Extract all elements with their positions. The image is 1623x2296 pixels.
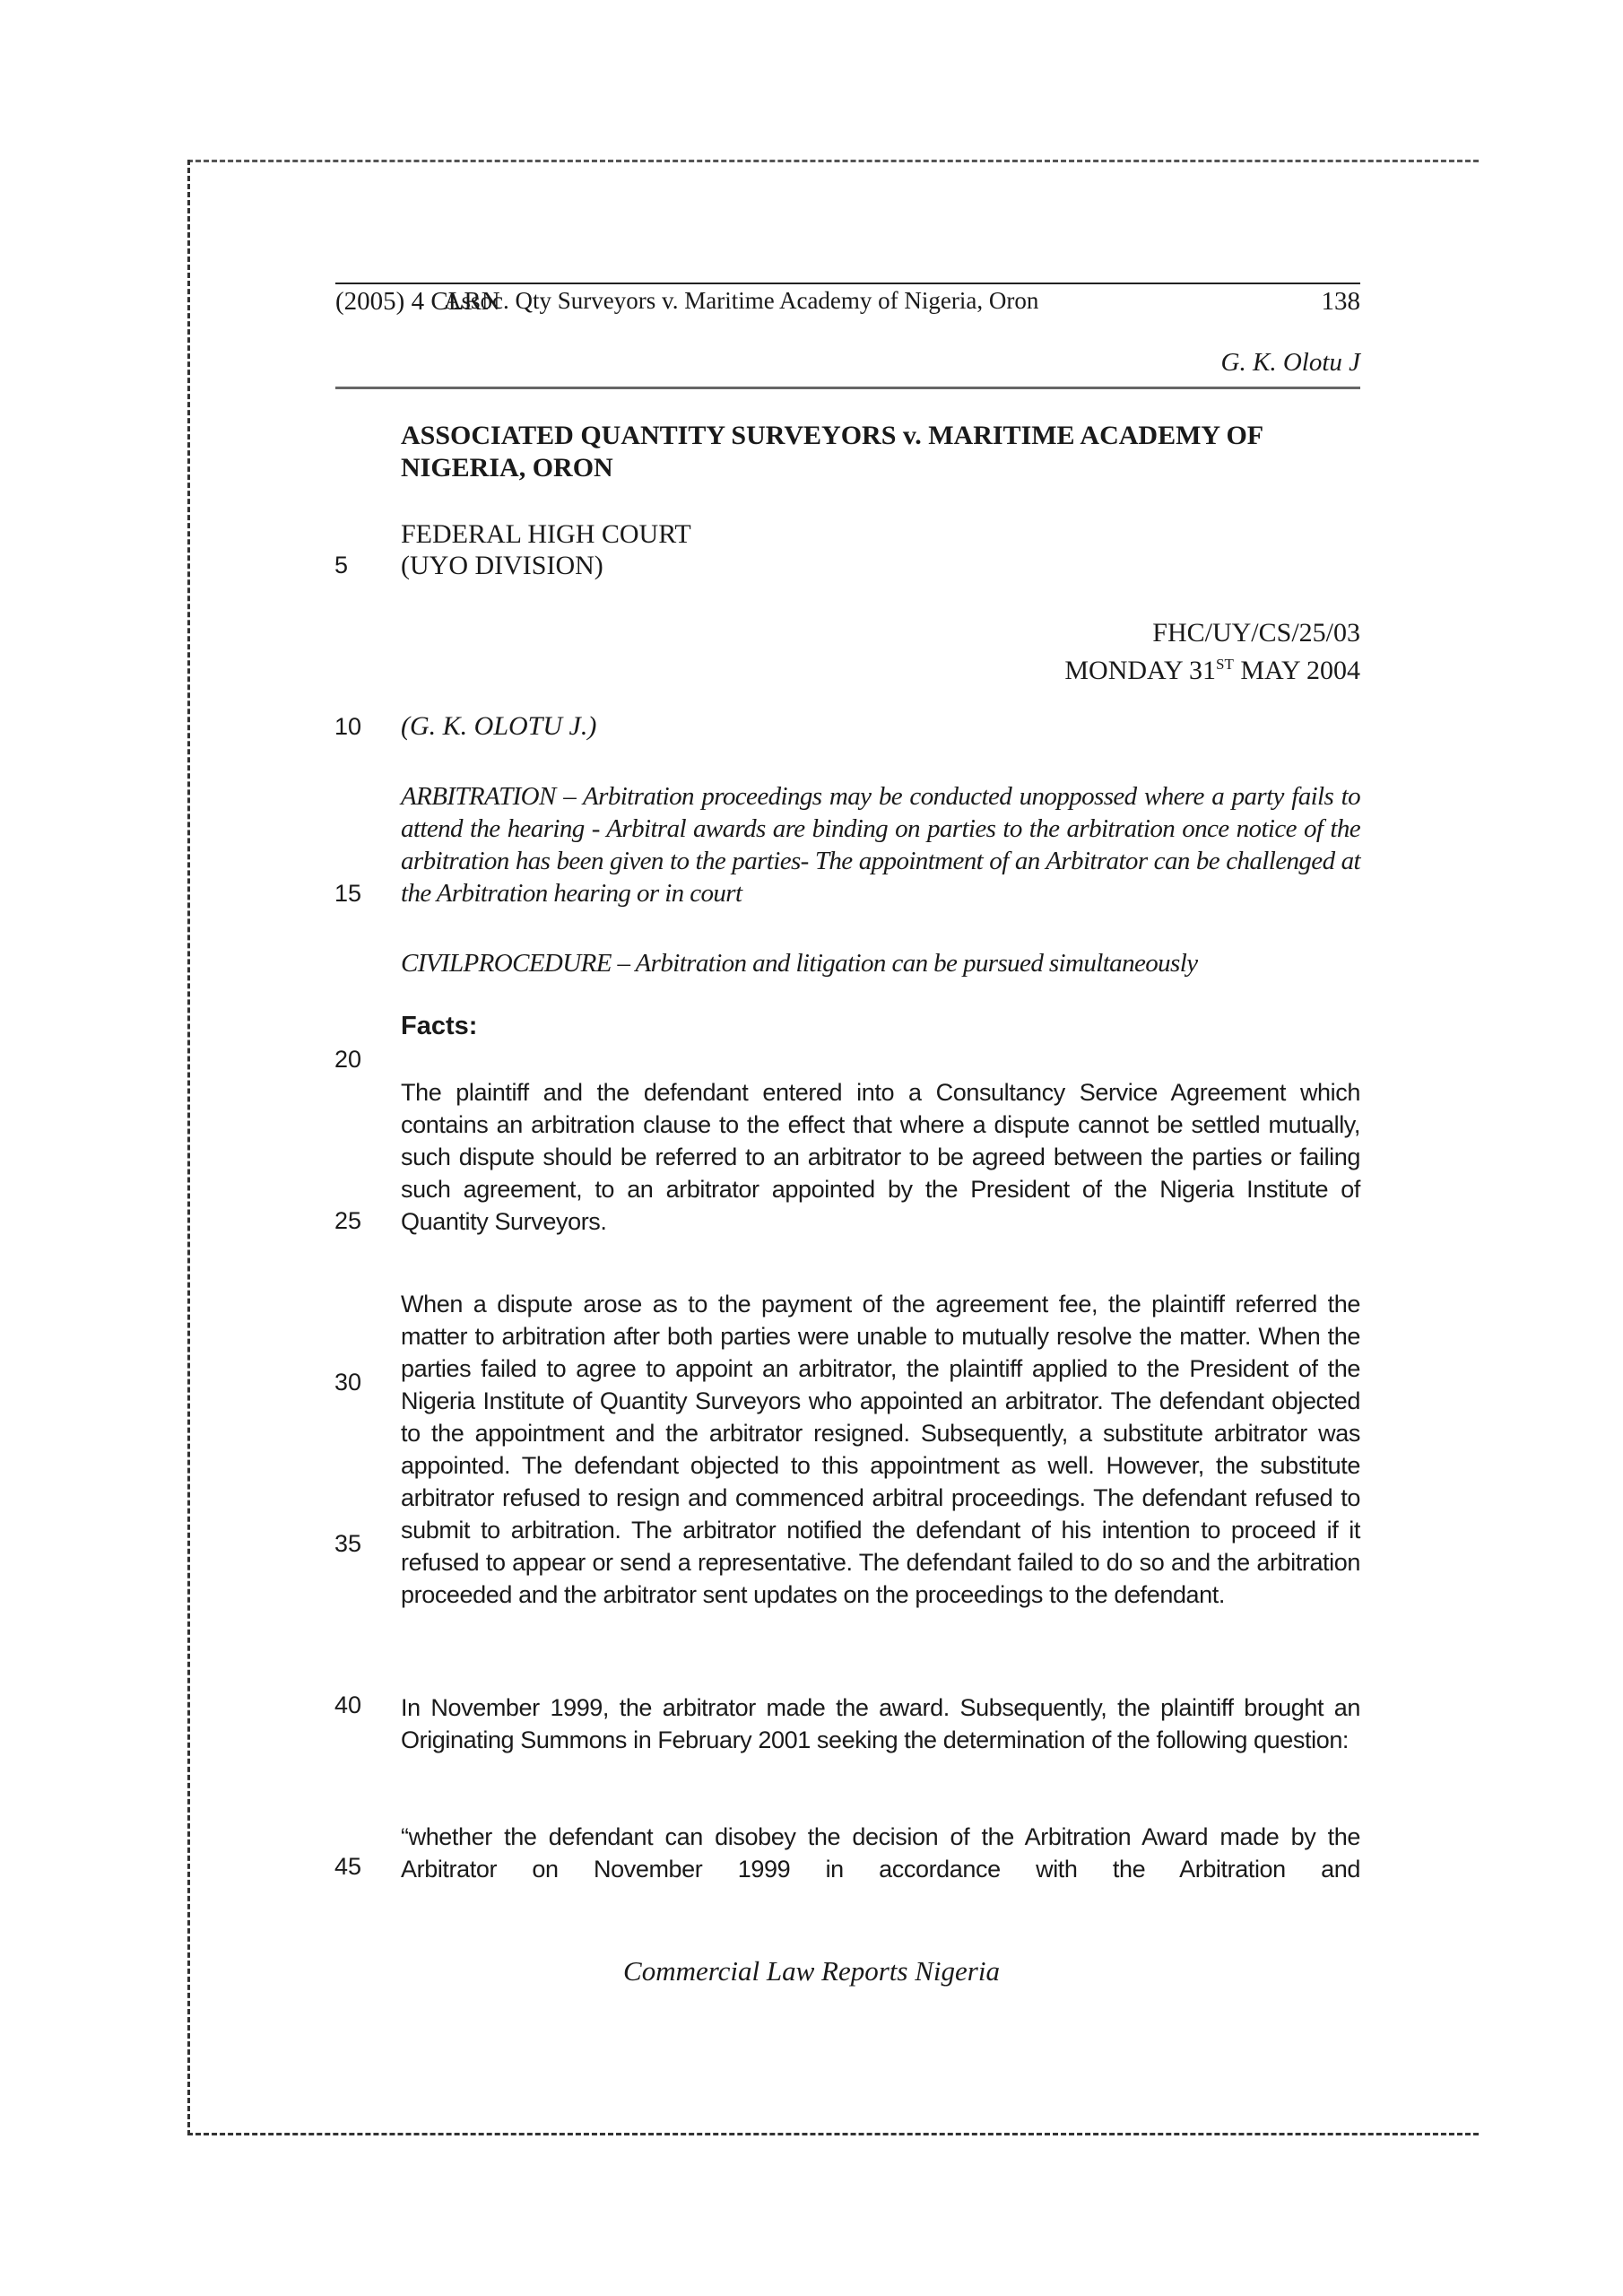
date-ordinal: ST xyxy=(1216,656,1234,673)
line-number: 10 xyxy=(334,713,361,741)
line-number: 20 xyxy=(334,1046,361,1074)
header-rule-bottom xyxy=(335,387,1360,389)
catchword-separator: – xyxy=(612,949,636,978)
judgment-date: MONDAY 31ST MAY 2004 xyxy=(1064,648,1360,686)
facts-paragraph: In November 1999, the arbitrator made th… xyxy=(401,1692,1360,1756)
line-number: 25 xyxy=(334,1207,361,1235)
facts-paragraph: When a dispute arose as to the payment o… xyxy=(401,1288,1360,1611)
header-short-title: Assoc. Qty Surveyors v. Maritime Academy… xyxy=(444,287,1038,315)
catchword-separator: – xyxy=(556,782,583,811)
coram: (G. K. OLOTU J.) xyxy=(401,711,596,742)
court-division: (UYO DIVISION) xyxy=(401,550,691,581)
catchword-text: Arbitration and litigation can be pursue… xyxy=(636,949,1198,978)
catchword-subject: ARBITRATION xyxy=(401,782,556,811)
page-frame-bottom xyxy=(187,2133,1479,2135)
date-prefix: MONDAY 31 xyxy=(1064,656,1216,685)
catchword-subject: CIVILPROCEDURE xyxy=(401,949,612,978)
page-frame-top xyxy=(187,160,1479,162)
line-number: 30 xyxy=(334,1369,361,1396)
catchword-arbitration: ARBITRATION – Arbitration proceedings ma… xyxy=(401,780,1360,909)
suit-number: FHC/UY/CS/25/03 xyxy=(1064,617,1360,648)
page-frame-left xyxy=(187,160,190,2135)
case-title: ASSOCIATED QUANTITY SURVEYORS v. MARITIM… xyxy=(401,420,1360,484)
line-number: 35 xyxy=(334,1530,361,1558)
facts-paragraph: “whether the defendant can disobey the d… xyxy=(401,1821,1360,1885)
line-number: 5 xyxy=(334,552,348,579)
court-name: FEDERAL HIGH COURT xyxy=(401,518,691,550)
line-number: 45 xyxy=(334,1853,361,1881)
page-number: 138 xyxy=(1322,287,1361,317)
header-rule-top xyxy=(335,283,1360,284)
facts-heading: Facts: xyxy=(401,1012,477,1041)
line-number: 40 xyxy=(334,1692,361,1719)
header-judge: G. K. Olotu J xyxy=(1221,348,1360,378)
court-block: FEDERAL HIGH COURT (UYO DIVISION) xyxy=(401,518,691,581)
suit-block: FHC/UY/CS/25/03 MONDAY 31ST MAY 2004 xyxy=(1064,617,1360,686)
catchword-civil-procedure: CIVILPROCEDURE – Arbitration and litigat… xyxy=(401,947,1360,979)
line-number: 15 xyxy=(334,880,361,908)
facts-paragraph: The plaintiff and the defendant entered … xyxy=(401,1076,1360,1238)
footer-publication: Commercial Law Reports Nigeria xyxy=(0,1955,1623,1987)
date-suffix: MAY 2004 xyxy=(1234,656,1360,685)
